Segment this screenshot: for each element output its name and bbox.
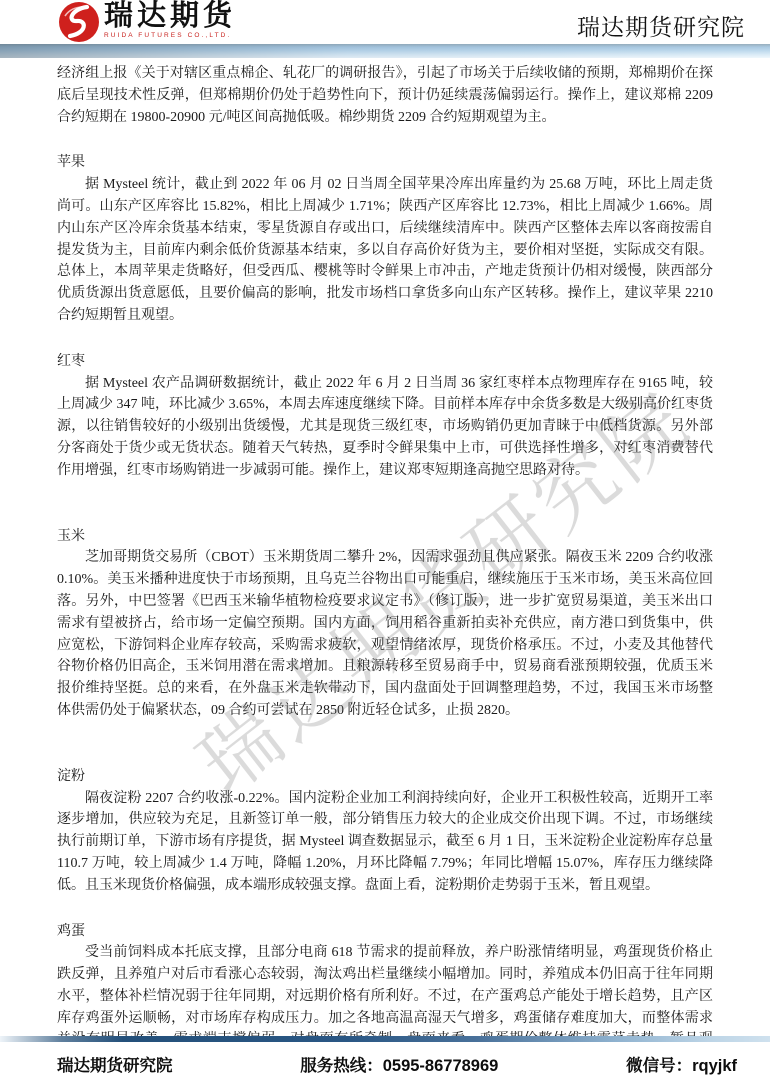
section-starch: 淀粉 隔夜淀粉 2207 合约收涨-0.22%。国内淀粉企业加工利润持续向好，企…: [57, 766, 713, 897]
footer-hotline-number: 0595-86778969: [383, 1057, 499, 1075]
ruida-logo-icon: [57, 0, 101, 44]
section-heading-starch: 淀粉: [57, 766, 713, 788]
section-body-corn: 芝加哥期货交易所（CBOT）玉米期货周二攀升 2%，因需求强劲且供应紧张。隔夜玉…: [57, 547, 713, 721]
footer-wechat-label: 微信号：: [626, 1057, 692, 1075]
footer-institute: 瑞达期货研究院: [57, 1052, 173, 1076]
section-heading-egg: 鸡蛋: [57, 921, 713, 943]
header-divider-band: [0, 44, 770, 58]
header-institute-title: 瑞达期货研究院: [577, 9, 745, 44]
footer-info-row: 瑞达期货研究院 服务热线：0595-86778969 微信号：rqyjkf: [0, 1042, 770, 1089]
footer-hotline: 服务热线：0595-86778969: [300, 1052, 498, 1076]
paragraph-cotton-continuation: 经济组上报《关于对辖区重点棉企、轧花厂的调研报告》，引起了市场关于后续收储的预期…: [57, 63, 713, 128]
logo-company-name: 瑞达期货: [104, 2, 236, 31]
section-body-starch: 隔夜淀粉 2207 合约收涨-0.22%。国内淀粉企业加工利润持续向好，企业开工…: [57, 788, 713, 897]
section-apple: 苹果 据 Mysteel 统计，截止到 2022 年 06 月 02 日当周全国…: [57, 152, 713, 326]
page-header: 瑞达期货 RUIDA FUTURES CO.,LTD. 瑞达期货研究院: [0, 0, 770, 44]
logo-company-subtitle: RUIDA FUTURES CO.,LTD.: [104, 33, 236, 40]
section-body-red-dates: 据 Mysteel 农产品调研数据统计，截止 2022 年 6 月 2 日当周 …: [57, 373, 713, 482]
section-corn: 玉米 芝加哥期货交易所（CBOT）玉米期货周二攀升 2%，因需求强劲且供应紧张。…: [57, 526, 713, 722]
logo-text-block: 瑞达期货 RUIDA FUTURES CO.,LTD.: [104, 2, 236, 40]
footer-wechat: 微信号：rqyjkf: [626, 1052, 737, 1076]
page-footer: 瑞达期货研究院 服务热线：0595-86778969 微信号：rqyjkf: [0, 1036, 770, 1089]
section-body-apple: 据 Mysteel 统计，截止到 2022 年 06 月 02 日当周全国苹果冷…: [57, 174, 713, 327]
report-page: 瑞达期货 RUIDA FUTURES CO.,LTD. 瑞达期货研究院 经济组上…: [0, 0, 770, 1089]
footer-hotline-label: 服务热线：: [300, 1057, 383, 1075]
section-heading-apple: 苹果: [57, 152, 713, 174]
footer-wechat-id: rqyjkf: [692, 1057, 737, 1075]
company-logo: 瑞达期货 RUIDA FUTURES CO.,LTD.: [57, 0, 236, 44]
section-heading-red-dates: 红枣: [57, 351, 713, 373]
section-red-dates: 红枣 据 Mysteel 农产品调研数据统计，截止 2022 年 6 月 2 日…: [57, 351, 713, 482]
report-body: 经济组上报《关于对辖区重点棉企、轧花厂的调研报告》，引起了市场关于后续收储的预期…: [0, 58, 770, 1073]
section-heading-corn: 玉米: [57, 526, 713, 548]
